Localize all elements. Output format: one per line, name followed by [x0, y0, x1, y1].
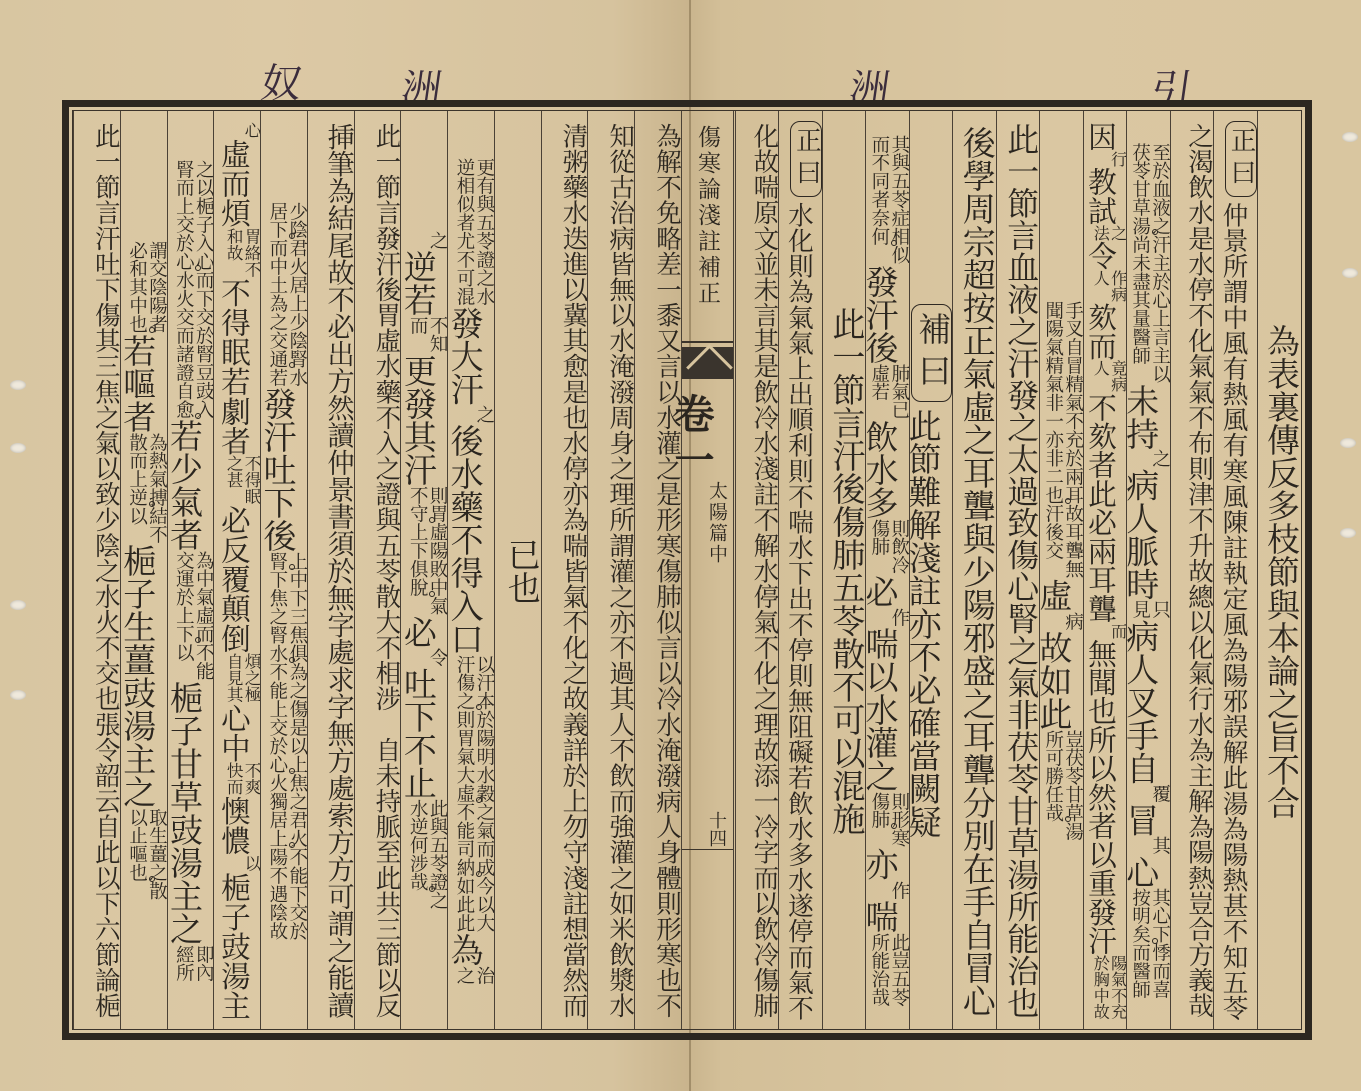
main-text: 若嘔者 — [121, 334, 157, 433]
text-column: 為表裏傳反多枝節與本論之旨不合 — [1257, 111, 1300, 1029]
main-text: 後水藥不得入口 — [448, 424, 484, 655]
text-column: 此一節言汗後傷肺五苓散不可以混施 — [822, 111, 865, 1029]
main-text: 未持 — [1127, 383, 1160, 449]
text-column: 正曰仲景所謂中風有熱風有寒風陳註執定風為陽邪誤解此湯為陽熱甚不知五苓 — [1213, 111, 1256, 1029]
interlinear-annotation: 此與五苓證之水逆何涉哉 — [407, 799, 448, 910]
interlinear-annotation: 之 — [406, 231, 447, 250]
interlinear-annotation: 即內經所 — [173, 945, 214, 982]
text-column: 挿筆為結尾故不必出方然讀仲景書須於無字處求字無方處索方方可謂之能讀 — [307, 111, 354, 1029]
main-text: 已也 — [503, 538, 541, 604]
interlinear-annotation: 之 — [1129, 449, 1170, 468]
section-label: 太陽篇中 — [704, 481, 731, 565]
text-column: 謂交陰陽者必和其中也若嘔者為熱氣搏結不散而上逆以梔子生薑豉湯主之取生薑之散以止嘔… — [120, 111, 167, 1029]
interlinear-annotation: 病 — [1042, 612, 1083, 631]
main-text: 為 — [448, 933, 484, 966]
main-text: 發汗後 — [866, 265, 899, 364]
binding-hole — [10, 380, 26, 390]
binding-hole — [1342, 132, 1358, 142]
volume-label: 卷一 — [684, 393, 720, 485]
commentary-label-box: 正曰 — [790, 121, 822, 197]
text-column: 之渴飲水是水停不化氣氣不布則津不升故總以化氣行水為主解為陽熱豈合方義哉 — [1170, 111, 1213, 1029]
interlinear-annotation: 而 — [1091, 623, 1126, 640]
main-text: 無聞也所以然者以重發汗 — [1084, 639, 1118, 955]
text-column: 此一節言血液之汗發之太過致傷心腎之氣非茯苓甘草湯所能治也 — [996, 111, 1039, 1029]
main-text: 清粥藥水迭進以冀其愈是也水停亦為喘皆氣不化之故義詳於上勿守淺註想當然而 — [558, 123, 587, 1018]
fishtail-mark-icon — [682, 347, 733, 379]
interlinear-annotation: 之 — [453, 405, 494, 424]
interlinear-annotation: 煩之極自見其 — [224, 653, 260, 703]
interlinear-annotation: 上中下三焦俱為之傷是以上焦之君火不能下交於腎下焦之腎水不能上交於心火獨居上陽不遇… — [266, 552, 307, 941]
main-text: 飲水多 — [866, 420, 899, 519]
main-text: 此一節言血液之汗發之太過致傷心腎之氣非茯苓甘草湯所能治也 — [1002, 123, 1039, 1018]
interlinear-annotation: 行 — [1091, 151, 1126, 168]
text-column: 心虛而煩胃絡不和故不得眠若劇者不得眠之甚必反覆顛倒煩之極自見其心中不爽快而懊憹以… — [213, 111, 260, 1029]
main-text: 挿筆為結尾故不必出方然讀仲景書須於無字處求字無方處索方方可謂之能讀 — [323, 123, 354, 1018]
main-text: 因 — [1084, 122, 1118, 151]
interlinear-annotation: 竟病人 — [1091, 360, 1126, 393]
text-column: 為解不免略差一黍又言以水灌之是形寒傷肺似言以冷水淹潑病人身體則形寒也不 — [634, 111, 681, 1029]
main-text: 不得眠若劇者 — [217, 278, 251, 455]
main-text: 虛 — [1040, 579, 1073, 612]
text-column: 正曰水化則為氣氣上出順利則不喘水下出不停則無阻礙若飲水多水遂停而氣不 — [778, 111, 821, 1029]
interlinear-annotation: 以汗本於陽明水穀之氣而成今以大汗傷之則胃氣大虛不能司納如此此 — [453, 655, 494, 933]
interlinear-annotation: 之法 — [1091, 225, 1126, 242]
text-column: 少陰君火居上少陰腎水居下而中土為之交通若發汗吐下後上中下三焦俱為之傷是以上焦之君… — [260, 111, 307, 1029]
main-text: 令 — [1084, 241, 1118, 270]
main-text: 知從古治病皆無以水淹潑周身之理所謂灌之亦不過其人不飲而強灌之如米飲漿水 — [605, 123, 634, 1018]
main-text: 仲景所謂中風有熱風有寒風陳註執定風為陽邪誤解此湯為陽熱甚不知五苓 — [1219, 202, 1249, 1021]
interlinear-annotation: 心 — [224, 122, 260, 139]
interlinear-annotation: 作 — [868, 608, 909, 627]
text-column: 之逆若不知而更發其汗則胃虛陽敗中氣不守上下俱脫必令吐下不止此與五苓證之水逆何涉哉 — [400, 111, 447, 1029]
interlinear-annotation: 其與五苓症相似而不同者奈何 — [868, 135, 909, 265]
main-text: 懊憹 — [217, 796, 251, 855]
divider-line — [682, 849, 733, 850]
binding-hole — [1340, 438, 1356, 448]
interlinear-annotation: 以 — [224, 855, 260, 872]
interlinear-annotation: 作 — [868, 881, 909, 900]
interlinear-annotation: 更有與五苓證之水逆相似者尤不可混 — [453, 158, 494, 306]
main-text: 冒 — [1127, 803, 1160, 836]
interlinear-annotation: 此豈五苓所能治哉 — [868, 933, 909, 1007]
main-text: 逆若 — [401, 250, 437, 316]
text-column: 知從古治病皆無以水淹潑周身之理所謂灌之亦不過其人不飲而強灌之如米飲漿水 — [587, 111, 634, 1029]
main-text: 後學周宗超按正氣虛之耳聾與少陽邪盛之耳聾分別在手自冒心 — [958, 126, 996, 1017]
interlinear-annotation: 作病人 — [1091, 270, 1126, 303]
interlinear-annotation: 取生薑之散以止嘔也 — [126, 808, 167, 901]
main-text: 為表裏傳反多枝節與本論之旨不合 — [1262, 324, 1300, 819]
interlinear-annotation: 之以梔子入心而下交於腎豆豉入腎而上交於心水火交而諸證自愈 — [173, 160, 214, 419]
main-text: 必 — [401, 615, 437, 648]
text-column: 後學周宗超按正氣虛之耳聾與少陽邪盛之耳聾分別在手自冒心 — [952, 111, 995, 1029]
main-text: 故如此 — [1040, 631, 1073, 730]
main-text: 此一節言發汗後胃虛水藥不入之證與五苓散大不相涉 自未持脈至此共三節以反 — [371, 123, 400, 1018]
interlinear-annotation: 其 — [1129, 836, 1170, 855]
text-column: 其與五苓症相似而不同者奈何發汗後肺氣已虛若飲水多則飲冷傷肺必作喘以水灌之則形寒傷… — [865, 111, 908, 1029]
interlinear-annotation: 為熱氣搏結不散而上逆以 — [126, 433, 167, 544]
interlinear-annotation: 不爽快而 — [224, 762, 260, 796]
main-text: 喘 — [866, 900, 899, 933]
main-text: 水化則為氣氣上出順利則不喘水下出不停則無阻礙若飲水多水遂停而氣不 — [784, 202, 814, 1021]
interlinear-annotation: 手叉自冒精氣不充於兩耳故耳聾無聞陽氣精氣非一亦非二也汗後交 — [1042, 301, 1083, 579]
binding-hole — [10, 690, 26, 700]
text-column: 此一節言發汗後胃虛水藥不入之證與五苓散大不相涉 自未持脈至此共三節以反 — [354, 111, 401, 1029]
main-text: 心 — [1127, 855, 1160, 888]
binding-hole — [1340, 528, 1356, 538]
main-text: 必 — [866, 575, 899, 608]
center-strip-banxin: 傷寒論淺註補正 卷一 太陽篇中 十四 — [681, 111, 734, 1029]
main-text: 此一節言汗後傷肺五苓散不可以混施 — [827, 307, 865, 835]
main-text: 必反覆顛倒 — [217, 505, 251, 653]
main-text: 梔子生薑豉湯主之 — [121, 544, 157, 808]
text-column: 手叉自冒精氣不充於兩耳故耳聾無聞陽氣精氣非一亦非二也汗後交虛病故如此豈茯苓甘草湯… — [1039, 111, 1082, 1029]
interlinear-annotation: 豈茯苓甘草湯所可勝任哉 — [1042, 730, 1083, 841]
commentary-label-box: 補曰 — [911, 304, 952, 402]
interlinear-annotation: 令 — [406, 648, 447, 667]
binding-hole — [10, 443, 26, 453]
main-text: 此節難解淺註亦不必確當闕疑 — [910, 409, 943, 838]
text-column: 清粥藥水迭進以冀其愈是也水停亦為喘皆氣不化之故義詳於上勿守淺註想當然而 — [541, 111, 588, 1029]
main-text: 更發其汗 — [401, 354, 437, 486]
interlinear-annotation: 陽氣不充於胸中故 — [1091, 955, 1126, 1020]
text-column: 化故喘原文並未言其是飲冷水淺註不解水停氣不化之理故添一冷字而以飲冷傷肺 — [735, 111, 778, 1029]
main-text: 欬而 — [1084, 303, 1118, 360]
main-text: 梔子豉湯主 — [217, 872, 251, 1020]
main-text: 吐下不止 — [401, 667, 437, 799]
interlinear-annotation: 覆 — [1129, 784, 1170, 803]
main-text: 亦 — [866, 848, 899, 881]
main-text: 虛而煩 — [217, 139, 251, 228]
text-column: 此一節言汗吐下傷其三焦之氣以致少陰之水火不交也張令韶云自此以下六節論梔 — [73, 111, 120, 1029]
main-text: 之渴飲水是水停不化氣氣不布則津不升故總以化氣行水為主解為陽熱豈合方義哉 — [1184, 123, 1213, 1018]
interlinear-annotation: 為中氣虛而不能交運於上下以 — [173, 551, 214, 681]
main-text: 梔子甘草豉湯主之 — [168, 681, 204, 945]
main-text: 病人脈時 — [1127, 468, 1160, 600]
interlinear-annotation: 則形寒傷肺 — [868, 792, 909, 848]
main-text: 發大汗 — [448, 306, 484, 405]
interlinear-annotation: 則胃虛陽敗中氣不守上下俱脫 — [407, 486, 448, 616]
book-title: 傷寒論淺註補正 — [682, 125, 733, 307]
main-text: 化故喘原文並未言其是飲冷水淺註不解水停氣不化之理故添一冷字而以飲冷傷肺 — [749, 123, 778, 1018]
main-text: 發汗吐下後 — [261, 387, 297, 552]
commentary-label-box: 正曰 — [1225, 121, 1257, 197]
interlinear-annotation: 只見 — [1129, 600, 1170, 619]
text-column: 更有與五苓證之水逆相似者尤不可混發大汗之後水藥不得入口以汗本於陽明水穀之氣而成今… — [447, 111, 494, 1029]
main-text: 喘以水灌之 — [866, 627, 899, 792]
text-column: 補曰此節難解淺註亦不必確當闕疑 — [909, 111, 952, 1029]
main-text: 教試 — [1084, 167, 1118, 224]
interlinear-annotation: 其心下悸而喜按明矣而醫師 — [1129, 888, 1170, 999]
interlinear-annotation: 不得眠之甚 — [224, 455, 260, 505]
text-column: 之以梔子入心而下交於腎豆豉入腎而上交於心水火交而諸證自愈若少氣者為中氣虛而不能交… — [167, 111, 214, 1029]
binding-hole — [10, 600, 26, 610]
main-text: 不欬者此必兩耳聾 — [1084, 393, 1118, 623]
text-column: 至於血液之汗主於心上言主以茯苓甘草湯尚未盡其量醫師未持之病人脈時只見病人叉手自覆… — [1126, 111, 1169, 1029]
interlinear-annotation: 則飲冷傷肺 — [868, 519, 909, 575]
main-text: 心中 — [217, 703, 251, 762]
text-column: 因行教試之法令作病人欬而竟病人不欬者此必兩耳聾而無聞也所以然者以重發汗陽氣不充於… — [1083, 111, 1126, 1029]
binding-hole — [1342, 268, 1358, 278]
main-text: 為解不免略差一黍又言以水灌之是形寒傷肺似言以冷水淹潑病人身體則形寒也不 — [652, 123, 681, 1018]
interlinear-annotation: 胃絡不和故 — [224, 228, 260, 278]
interlinear-annotation: 肺氣已虛若 — [868, 364, 909, 420]
interlinear-annotation: 治之 — [453, 966, 494, 985]
interlinear-annotation: 謂交陰陽者必和其中也 — [126, 241, 167, 334]
main-text: 病人叉手自 — [1127, 619, 1160, 784]
main-text: 若少氣者 — [168, 419, 204, 551]
divider-line — [682, 341, 733, 343]
page-number: 十四 — [703, 811, 729, 847]
interlinear-annotation: 至於血液之汗主於心上言主以茯苓甘草湯尚未盡其量醫師 — [1129, 143, 1170, 384]
text-column: 已也 — [494, 111, 541, 1029]
main-text: 此一節言汗吐下傷其三焦之氣以致少陰之水火不交也張令韶云自此以下六節論梔 — [91, 123, 120, 1018]
interlinear-annotation: 不知而 — [407, 316, 448, 353]
interlinear-annotation: 少陰君火居上少陰腎水居下而中土為之交通若 — [266, 202, 307, 387]
